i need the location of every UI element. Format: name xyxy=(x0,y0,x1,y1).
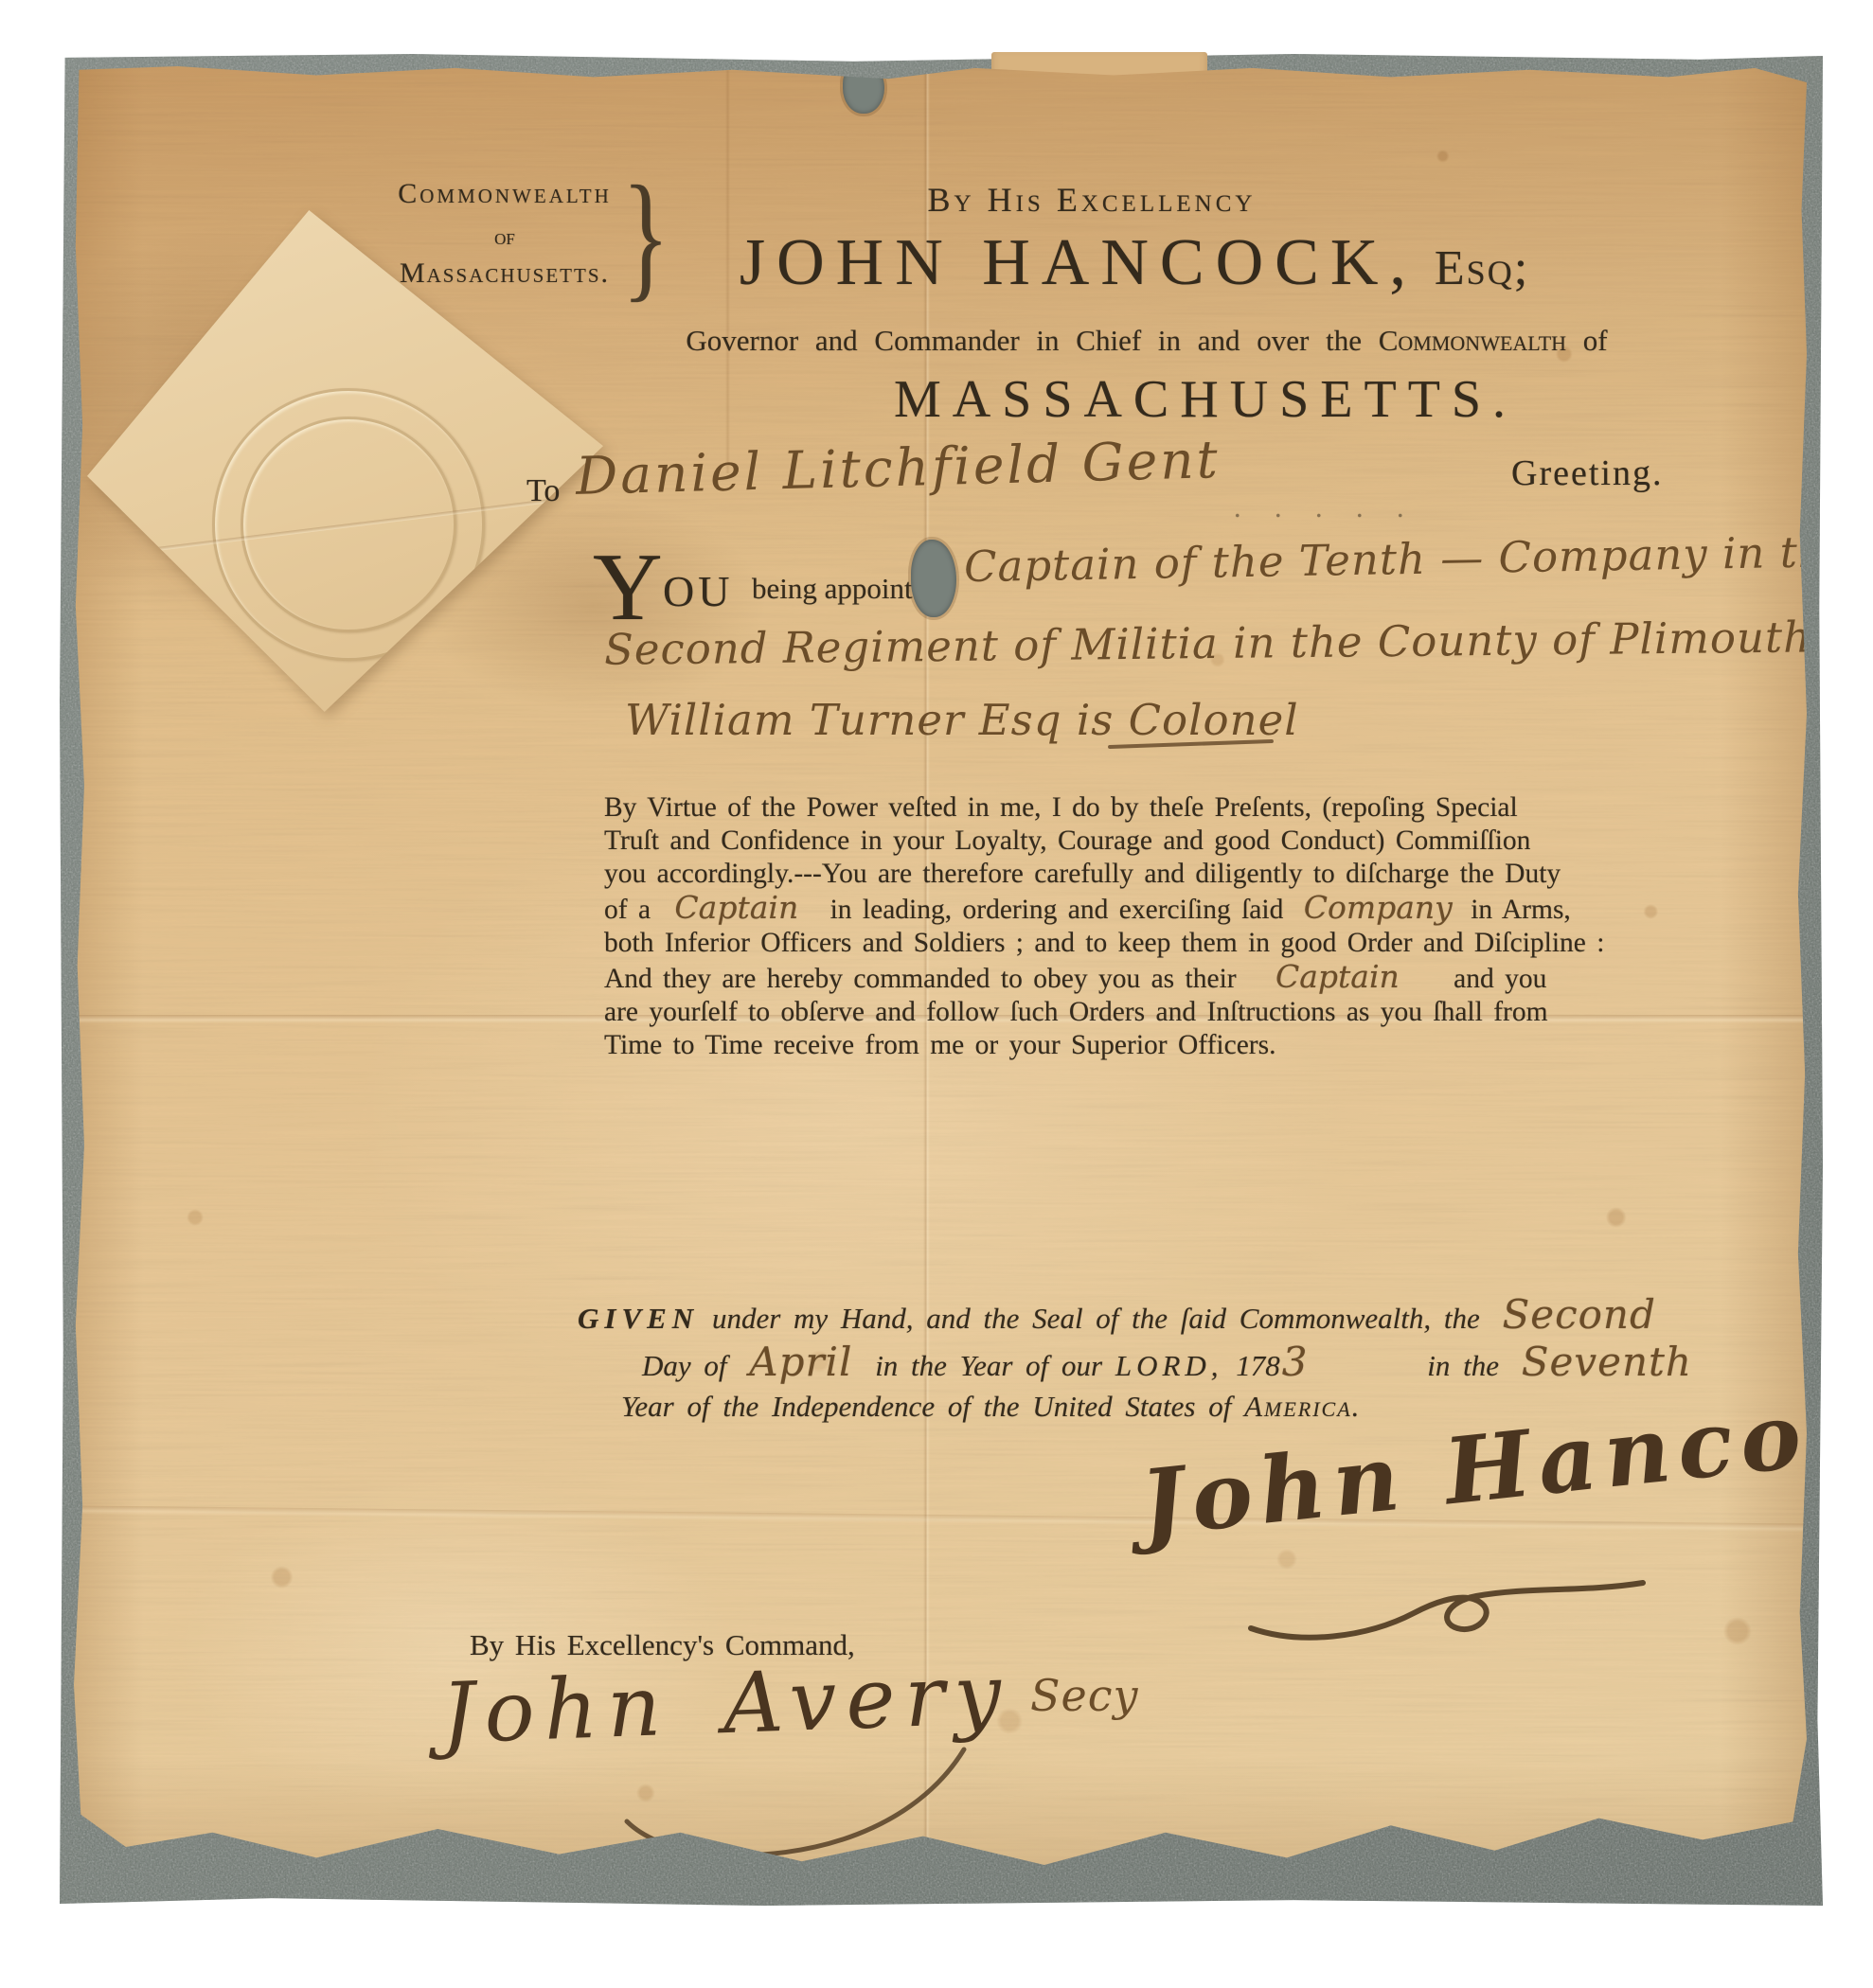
given-word: GIVEN xyxy=(578,1302,699,1335)
testimonium-text: Year of the Independence of the United S… xyxy=(621,1390,1231,1423)
handwritten-month: April xyxy=(749,1339,852,1385)
body-line: By Virtue of the Power veſted in me, I d… xyxy=(604,791,1712,825)
catalog-photo: Commonwealth of Massachusetts. } By His … xyxy=(0,0,1873,1988)
commonwealth-caption-line3: Massachusetts. xyxy=(367,257,642,290)
hancock-paraph-flourish xyxy=(1243,1554,1650,1649)
testimonium-text: in the Year of our xyxy=(875,1349,1102,1382)
dropcap-ou: OU xyxy=(663,566,733,616)
body-line: And they are hereby commanded to obey yo… xyxy=(604,960,1712,996)
body-line: are yourſelf to obſerve and follow ſuch … xyxy=(604,996,1712,1029)
subtitle-commonwealth: Commonwealth xyxy=(1379,324,1566,357)
handwritten-unit: Company xyxy=(1304,889,1453,926)
commonwealth-caption-line1: Commonwealth xyxy=(367,178,642,210)
body-text: of a xyxy=(604,895,651,925)
testimonium-text: under my Hand, and the Seal of the ſaid … xyxy=(712,1302,1480,1335)
lord-word: LORD, xyxy=(1115,1349,1223,1382)
body-text: And they are hereby commanded to obey yo… xyxy=(604,964,1237,994)
body-line: Truſt and Confidence in your Loyalty, Co… xyxy=(604,825,1712,858)
handwritten-day-ordinal: Second xyxy=(1503,1291,1656,1338)
handwritten-independence-year: Seventh xyxy=(1522,1339,1692,1385)
wax-seal-hole xyxy=(911,540,956,617)
governor-name-suffix: Esq; xyxy=(1435,241,1529,295)
dropcap-y: Y xyxy=(593,547,663,630)
curly-brace: } xyxy=(622,165,669,307)
testimonium-text: Day of xyxy=(642,1349,727,1382)
subtitle-text: Governor and Commander in Chief in and o… xyxy=(686,324,1362,357)
body-line: both Inferior Officers and Soldiers ; an… xyxy=(604,927,1712,960)
year-printed: 178 xyxy=(1236,1349,1280,1382)
handwritten-rank: Captain xyxy=(674,889,798,926)
kicker-by-his-excellency: By His Excellency xyxy=(869,180,1314,220)
handwritten-rank: Captain xyxy=(1275,958,1400,995)
state-name: MASSACHUSETTS. xyxy=(718,369,1693,430)
body-text: and you xyxy=(1454,964,1546,994)
greeting-word: Greeting. xyxy=(1511,453,1663,494)
secretary-title: Secy xyxy=(1030,1670,1139,1721)
commonwealth-caption-line2: of xyxy=(367,225,642,251)
body-line: you accordingly.---You are therefore car… xyxy=(604,858,1712,891)
salutation-to: To xyxy=(526,473,560,509)
body-text: in Arms, xyxy=(1471,895,1571,925)
handwritten-year-digit: 3 xyxy=(1282,1339,1309,1385)
body-line: Time to Time receive from me or your Sup… xyxy=(604,1029,1712,1062)
leader-dots: . . . . . xyxy=(1234,492,1418,524)
body-text: in leading, ordering and exerciſing ſaid xyxy=(830,895,1284,925)
body-line: of a Captain in leading, ordering and ex… xyxy=(604,891,1712,927)
appointment-handwritten-line3: William Turner Esq is Colonel xyxy=(625,695,1299,745)
governor-name: JOHN HANCOCK, xyxy=(740,226,1418,299)
testimonium-text: in the xyxy=(1427,1349,1499,1382)
subtitle-of: of xyxy=(1583,324,1608,357)
document-paper: Commonwealth of Massachusetts. } By His … xyxy=(74,66,1807,1865)
america-word: America. xyxy=(1244,1390,1361,1423)
